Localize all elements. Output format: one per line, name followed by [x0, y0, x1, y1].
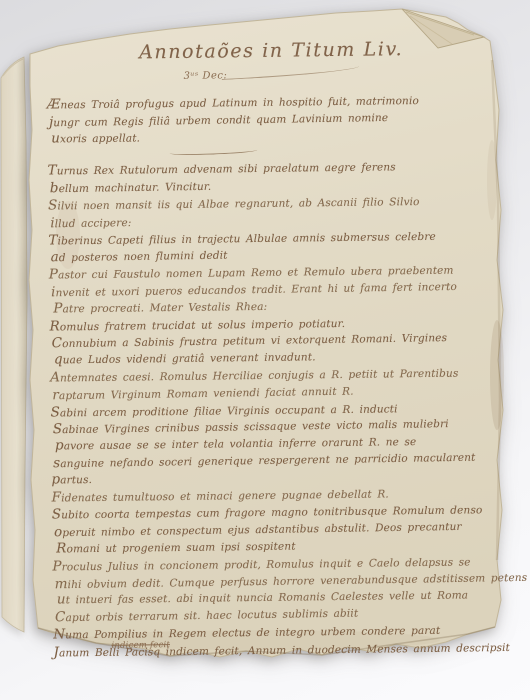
manuscript-paragraph: Antemnates caesi. Romulus Herciliae conj…	[50, 365, 500, 404]
manuscript-paragraph: Proculus Julius in concionem prodit, Rom…	[52, 554, 503, 627]
manuscript-paragraph: Æneas Troiâ profugus apud Latinum in hos…	[47, 92, 498, 148]
paragraph-divider	[169, 147, 257, 156]
manuscript-paragraph: Subito coorta tempestas cum fragore magn…	[52, 502, 503, 558]
manuscript-paragraph: Tiberinus Capeti filius in trajectu Albu…	[48, 228, 498, 267]
underline-flourish	[221, 66, 359, 80]
manuscript-paragraph: Pastor cui Faustulo nomen Lupam Remo et …	[49, 262, 500, 318]
manuscript-photo: Annotaões in Titum Liv. 3ᵘˢ Dec: Æneas T…	[0, 0, 530, 700]
manuscript-paragraph: Silvii noen mansit iis qui Albae regnaru…	[48, 193, 498, 232]
manuscript-paragraph: Turnus Rex Rutulorum advenam sibi praela…	[48, 158, 498, 197]
manuscript-text: Annotaões in Titum Liv. 3ᵘˢ Dec: Æneas T…	[46, 33, 504, 663]
manuscript-paragraph: Romulus fratrem trucidat ut solus imperi…	[49, 314, 500, 370]
manuscript-paragraph: Sabini arcem proditione filiae Virginis …	[50, 400, 501, 489]
manuscript-body: Æneas Troiâ profugus apud Latinum in hos…	[47, 92, 504, 662]
under-sheet	[1, 57, 27, 632]
